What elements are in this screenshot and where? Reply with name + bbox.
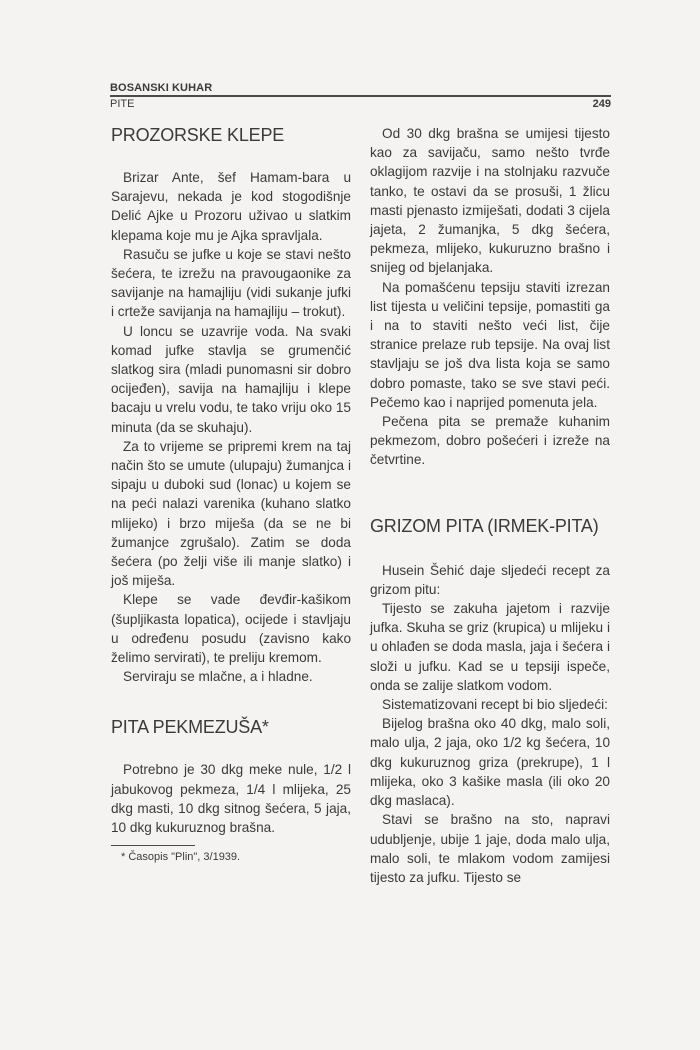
header-rule xyxy=(110,95,611,97)
paragraph: Na pomašćenu tepsiju staviti izrezan lis… xyxy=(370,278,610,412)
paragraph: Za to vrijeme se pripremi krem na taj na… xyxy=(111,437,351,591)
paragraph: Serviraju se mlačne, a i hladne. xyxy=(111,667,351,686)
running-head: BOSANSKI KUHAR PITE 249 xyxy=(110,82,611,111)
recipe-title-prozorske-klepe: PROZORSKE KLEPE xyxy=(111,124,351,146)
paragraph: Sistematizovani recept bi bio sljedeći: xyxy=(370,695,610,714)
paragraph: U loncu se uzavrije voda. Na svaki komad… xyxy=(111,322,351,437)
paragraph: Rasuču se jufke u koje se stavi nešto še… xyxy=(111,245,351,322)
section-name: PITE xyxy=(110,98,134,111)
right-column: Od 30 dkg brašna se umijesi tijesto kao … xyxy=(370,124,610,887)
header-row: PITE 249 xyxy=(110,98,611,111)
paragraph: Tijesto se zakuha jajetom i razvi­je juf… xyxy=(370,599,610,695)
paragraph: Pečena pita se premaže kuhanim pekmezom,… xyxy=(370,412,610,470)
book-title: BOSANSKI KUHAR xyxy=(110,82,611,94)
paragraph: Bijelog brašna oko 40 dkg, malo soli, ma… xyxy=(370,714,610,810)
footnote: * Časopis "Plin", 3/1939. xyxy=(111,850,351,864)
paragraph: Brizar Ante, šef Hamam-bara u Sarajevu, … xyxy=(111,168,351,245)
recipe-title-grizom-pita: GRIZOM PITA (IRMEK-PITA) xyxy=(370,515,610,537)
footnote-rule xyxy=(111,845,195,846)
paragraph: Potrebno je 30 dkg meke nule, 1/2 l jabu… xyxy=(111,760,351,837)
paragraph: Husein Šehić daje sljedeći recept za gri… xyxy=(370,561,610,599)
paragraph: Stavi se brašno na sto, napravi udubljen… xyxy=(370,810,610,887)
recipe-title-pita-pekmezusa: PITA PEKMEZUŠA* xyxy=(111,716,351,738)
page-number: 249 xyxy=(593,98,611,111)
left-column: PROZORSKE KLEPE Brizar Ante, šef Hamam-b… xyxy=(111,124,351,864)
paragraph: Klepe se vade đevđir-kašikom (šupljikast… xyxy=(111,590,351,667)
paragraph: Od 30 dkg brašna se umijesi tijesto kao … xyxy=(370,124,610,278)
